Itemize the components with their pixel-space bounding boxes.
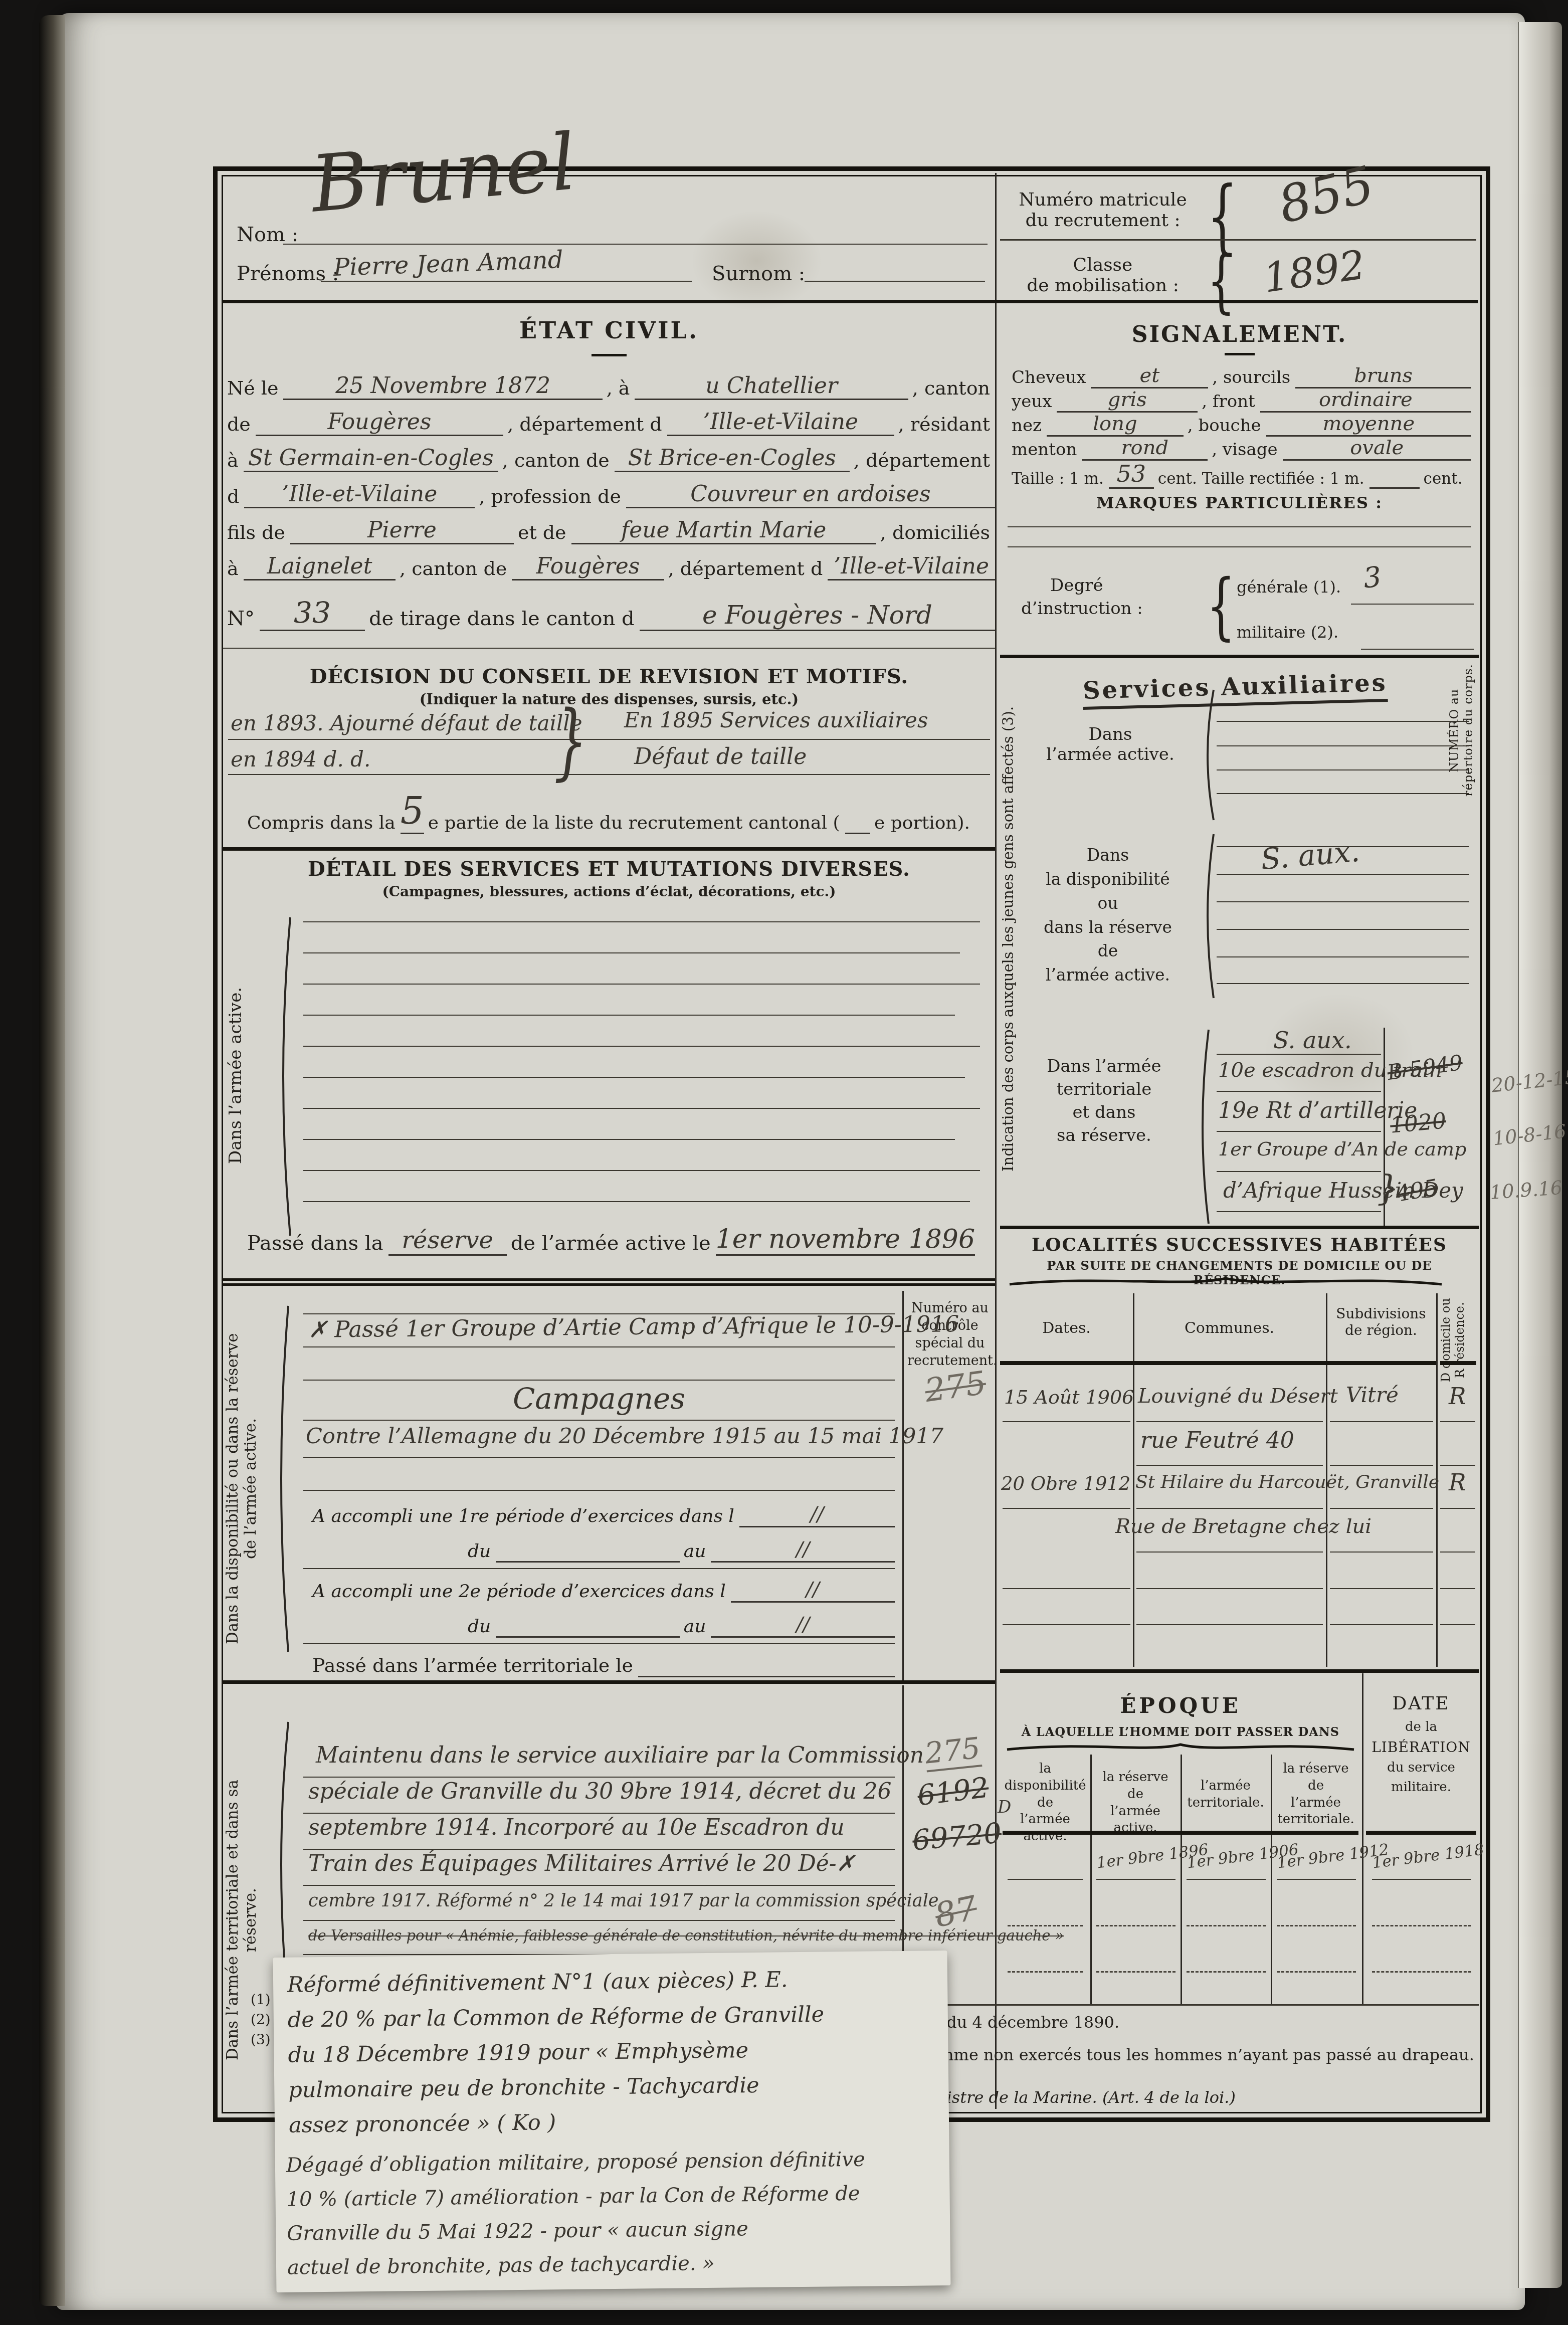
field-label: cent. Taille rectifiée : 1 m. [1154,470,1369,489]
field-label: à [223,449,244,472]
epoque-col4-line: l’armée [1273,1795,1358,1812]
field-label: , bouche [1184,416,1266,437]
territoriale-text-line: de Versailles pour « Anémie, faiblesse g… [308,1927,1064,1944]
brace-curve [1200,832,1218,1000]
territoriale-line: sa réserve. [1015,1124,1193,1147]
armee-active-line2: l’armée active. [1030,744,1191,764]
groupe-afrique-line: ✗ Passé 1er Groupe d’Artie Camp d’Afriqu… [308,1310,959,1342]
marques-label: MARQUES PARTICULIÈRES : [1000,493,1479,512]
heavy-rule [1000,1226,1479,1229]
note-line: Dégagé d’obligation militaire, proposé p… [286,2148,865,2177]
instruction-label1: Degré [1050,575,1103,596]
ruled-line [303,1380,895,1381]
ruled-line [303,1170,980,1171]
date-lib-line: de la [1366,1717,1476,1737]
front-value: ordinaire [1260,388,1471,413]
au-value: ∕∕ [711,1538,895,1563]
epoque-col1-line: l’armée active. [1003,1811,1088,1845]
ruled-line [303,1046,980,1047]
periode2-row: A accompli une 2e période d’exercices da… [308,1578,895,1603]
ruled-line [303,921,980,922]
epoque-col2-header: la réserve de l’armée active. [1093,1769,1178,1837]
domicile-dept-value: ’Ille-et-Vilaine [828,553,995,580]
left-column: ÉTAT CIVIL. Né le 25 Novembre 1872 , à u… [223,301,995,2113]
ruled-line [1217,983,1469,984]
ruled-line [1217,769,1469,770]
campagne-allemagne-line: Contre l’Allemagne du 20 Décembre 1915 a… [306,1424,943,1449]
localites-title: LOCALITÉS SUCCESSIVES HABITÉES [1000,1234,1479,1255]
departement-value: ’Ille-et-Vilaine [667,409,894,436]
field-label: du [464,1541,496,1563]
date-lib-line: LIBÉRATION [1366,1737,1476,1758]
dashed-line [1277,1925,1356,1926]
dashed-line [1187,1971,1266,1973]
ruled-line [303,1885,895,1886]
instruction-label2: d’instruction : [1021,599,1143,619]
note-line: pulmonaire peu de bronchite - Tachycardi… [288,2073,759,2103]
disponibilite-line: dans la réserve [1020,915,1196,939]
field-label: yeux [1008,392,1057,413]
signalement-row: nez long , bouche moyenne [1008,412,1471,437]
dashed-line [1372,1925,1471,1926]
compris-row: Compris dans la 5 e partie de la liste d… [243,790,975,834]
signalement-row: Cheveux et , sourcils bruns [1008,364,1471,389]
date-liberation-header: DATE de la LIBÉRATION du service militai… [1366,1690,1476,1797]
ruled-line [1217,929,1469,930]
matricule-label: Numéro matricule du recrutement : [1005,189,1201,231]
ruled-line [1003,1588,1130,1589]
civil-row-residence: à St Germain-en-Cogles , canton de St Br… [223,445,995,472]
decision-title: DÉCISION DU CONSEIL DE REVISION ET MOTIF… [223,665,995,688]
field-label: e partie de la liste du recrutement cant… [424,813,845,834]
ruled-line [1136,1588,1323,1589]
epoque-col4-line: de [1273,1778,1358,1795]
field-label: Cheveux [1008,367,1091,389]
ruled-line [1217,901,1469,902]
note-line: assez prononcée » ( Ko ) [289,2110,556,2138]
ruled-line [1217,1091,1381,1092]
note-line: du 18 Décembre 1919 pour « Emphysème [288,2038,748,2068]
field-label: A accompli une 1re période d’exercices d… [308,1506,739,1527]
epoque-col4-header: la réserve de l’armée territoriale. [1273,1761,1358,1828]
ruled-line [1136,1421,1323,1422]
armee-active-line1: Dans [1030,724,1191,744]
localite-commune: St Hilaire du Harcouët, Granville [1135,1472,1439,1492]
brace: } [554,700,587,783]
territoriale-text-line: Maintenu dans le service auxiliaire par … [316,1742,924,1768]
domicile-canton-value: Fougères [512,553,664,580]
ruled-line [1008,546,1471,547]
ruled-line [1440,1552,1475,1553]
field-label: fils de [223,521,290,544]
au-value: ∕∕ [711,1613,895,1638]
field-label: d [223,485,244,508]
epoque-title: ÉPOQUE [1000,1693,1361,1718]
signalement-title: SIGNALEMENT. [1000,322,1479,347]
matricule-label-line1: Numéro matricule [1005,189,1201,210]
ruled-line [1008,1879,1083,1880]
localite-dr: R [1449,1383,1466,1410]
du-value [496,1621,680,1638]
col-header-subdiv-line2: de région. [1326,1322,1436,1338]
yeux-value: gris [1057,388,1198,413]
services-subtitle: (Campagnes, blessures, actions d’éclat, … [223,883,995,900]
field-label: , visage [1208,440,1282,461]
dispo-affectation-value: S. aux. [1259,834,1361,877]
decision-subtitle: (Indiquer la nature des dispenses, sursi… [223,691,995,708]
dashed-line [1096,1925,1175,1926]
ruled-line [1330,1508,1433,1509]
heavy-rule [223,1283,995,1286]
margin-number: 6192 [916,1772,991,1813]
field-label: , domiciliés [876,521,995,544]
epoque-col3-header: l’armée territoriale. [1183,1778,1268,1812]
dashed-line [1277,1971,1356,1973]
ruled-line [321,281,692,282]
ruled-line [1217,1171,1381,1172]
epoque-col4-line: la réserve [1273,1761,1358,1778]
civil-row-profession: d ’Ille-et-Vilaine , profession de Couvr… [223,481,995,508]
field-label: , canton de [498,449,615,472]
heavy-rule [1366,1831,1476,1835]
sourcils-value: bruns [1295,364,1471,389]
territoriale-label: Dans l’armée territoriale et dans sa rés… [1015,1055,1193,1147]
signalement-row: yeux gris , front ordinaire [1008,388,1471,413]
field-label: , front [1198,392,1260,413]
ruled-line [1000,239,1476,241]
brace-curve [1200,688,1218,822]
numero-column-divider [902,1291,904,1680]
field-label: à [223,557,244,580]
note-line: 10 % (article 7) amélioration - par la C… [286,2182,860,2211]
liberation-date-value: 1er 9bre 1918 [1371,1840,1485,1872]
ruled-line [228,774,990,775]
col-header-communes: Communes. [1133,1319,1326,1337]
ruled-line [303,952,960,953]
field-label: au [680,1541,711,1563]
ruled-line [1330,1421,1433,1422]
field-label: du [464,1616,496,1638]
heavy-rule [1000,1361,1436,1365]
date-lib-line: militaire. [1366,1778,1476,1797]
ruled-line [1217,1211,1381,1212]
tirage-row: N° 33 de tirage dans le canton d e Fougè… [223,596,995,631]
ruled-line [303,1139,955,1140]
nez-value: long [1047,412,1184,437]
disponibilite-label: Dans la disponibilité ou dans la réserve… [1020,843,1196,987]
localite-subdiv: Vitré [1346,1383,1399,1407]
heavy-rule [1000,655,1479,658]
territoriale-line: Dans l’armée [1015,1055,1193,1078]
field-label: de l’armée active le [507,1232,716,1256]
corps-number: 1020 [1389,1108,1447,1138]
field-label: Passé dans l’armée territoriale le [308,1654,638,1677]
decision-1894: en 1894 d. d. [231,747,370,771]
field-label: Né le [223,377,283,400]
date-lib-line: DATE [1366,1690,1476,1717]
territoriale-date-row: Passé dans l’armée territoriale le [308,1654,895,1677]
table-divider [1362,1673,1363,2004]
ruled-line [303,1568,895,1569]
ruled-line [303,1457,895,1458]
brace-curve [271,1303,293,1654]
corps-number: B 5949 [1386,1050,1464,1085]
date-lib-line: du service [1366,1758,1476,1778]
ruled-line [1217,956,1469,957]
services-auxiliaires-stamp: Services Auxiliaires [1082,669,1388,710]
ruled-line [303,984,980,985]
ruled-line [1440,1421,1475,1422]
dashed-line [1096,1971,1175,1973]
ruled-line [1136,1465,1323,1466]
ruled-line [1330,1588,1433,1589]
classe-label-line1: Classe [1005,255,1201,275]
epoque-col1-line: disponibilité [1003,1778,1088,1795]
decision-1893: en 1893. Ajourné défaut de taille [231,711,582,735]
ruled-line [1003,1508,1130,1509]
terr-affectation-entry: S. aux. [1273,1027,1352,1054]
field-label: menton [1008,440,1082,461]
periode2-dates-row: du au ∕∕ [464,1613,895,1638]
mother-value: feue Martin Marie [571,517,876,544]
decision-1895: En 1895 Services auxiliaires [624,708,928,732]
field-label: , sourcils [1208,367,1295,389]
periode2-value: ∕∕ [731,1578,895,1603]
name-label: Nom : [237,223,298,246]
field-label: , profession de [475,485,626,508]
services-title: DÉTAIL DES SERVICES ET MUTATIONS DIVERSE… [223,857,995,881]
ruled-line [1330,1552,1433,1553]
table-divider [1271,1755,1272,2004]
epoque-subtitle: À LAQUELLE L’HOMME DOIT PASSER DANS [1000,1724,1361,1739]
firstnames-label: Prénoms : [237,262,339,285]
civil-row-domicile: à Laignelet , canton de Fougères , dépar… [223,553,995,580]
ruled-line [303,1643,895,1644]
residence-value: St Germain-en-Cogles [244,445,498,472]
epoque-col1-line: la [1003,1761,1088,1778]
col-header-dates: Dates. [1000,1319,1133,1337]
footnote-marker: (2) [251,2011,271,2028]
ruled-line [303,1015,955,1016]
ruled-line [303,1920,895,1921]
ruled-line [1330,1624,1433,1625]
ruled-line [303,1777,895,1778]
periode1-row: A accompli une 1re période d’exercices d… [308,1503,895,1527]
ruled-line [303,1346,895,1347]
du-value [496,1546,680,1563]
classe-label: Classe de mobilisation : [1005,255,1201,296]
etat-civil-title: ÉTAT CIVIL. [223,317,995,344]
ruled-line [1361,649,1474,650]
territoriale-line: et dans [1015,1101,1193,1124]
field-label: , résidant [894,413,995,436]
field-label: , département d [664,557,828,580]
field-label: , département [850,449,995,472]
dashed-line [1372,1971,1471,1973]
instruction-generale-value: 3 [1362,560,1383,595]
visage-value: ovale [1283,436,1471,461]
title-dash [1225,353,1255,355]
field-label: cent. [1420,470,1468,489]
brace-curve [1195,1028,1213,1226]
epoque-col1-line: de [1003,1795,1088,1812]
ruled-line [1277,1879,1356,1880]
ruled-line [1136,1552,1323,1553]
side-label-armee-active: Dans l’armée active. [226,967,248,1183]
profession-value: Couvreur en ardoises [626,481,995,508]
brace: { [1207,570,1235,643]
portion-value [845,818,870,834]
field-label: Taille : 1 m. [1008,470,1109,489]
localite-date: 20 Obre 1912 [1001,1473,1130,1494]
decorative-brace [1005,1740,1356,1753]
field-label: et de [514,521,571,544]
ruled-line [303,1077,965,1078]
table-divider [1133,1293,1134,1667]
col-header-domicile-residence: D domicile ou R résidence. [1439,1296,1476,1384]
ruled-line [1330,1465,1433,1466]
footnote-marker: (3) [251,2031,271,2048]
localite-commune-street: rue Feutré 40 [1140,1428,1294,1453]
note-line: actuel de bronchite, pas de tachycardie.… [287,2252,715,2279]
ruled-line [303,1420,895,1421]
ruled-line [1008,526,1471,527]
field-label: , canton de [396,557,512,580]
father-value: Pierre [290,517,514,544]
heavy-rule [223,1680,995,1684]
signalement-row: menton rond , visage ovale [1008,436,1471,461]
heavy-rule [223,847,995,851]
next-page-edge [1518,22,1562,2288]
heavy-rule [1003,1831,1358,1835]
liste-partie-value: 5 [401,790,424,834]
territoriale-text-line: septembre 1914. Incorporé au 10e Escadro… [308,1815,845,1840]
col-header-subdiv-line1: Subdivisions [1326,1305,1436,1322]
terr-affectation-entry: 1er Groupe d’An de camp [1218,1138,1466,1160]
ruled-line [1003,1421,1130,1422]
table-divider [1181,1755,1182,2004]
ruled-line [1217,874,1469,875]
domicile-value: Laignelet [244,553,396,580]
heavy-rule [1000,1669,1479,1673]
epoque-col3-line: l’armée [1183,1778,1268,1795]
field-label: de [223,413,256,436]
ruled-line [910,2004,1479,2006]
ruled-line [1351,604,1474,605]
civil-row-parents: fils de Pierre et de feue Martin Marie ,… [223,517,995,544]
heavy-rule [1440,1361,1476,1365]
field-label: , canton [908,377,995,400]
dashed-line [1187,1925,1266,1926]
ruled-line [303,1849,895,1850]
decision-defaut: Défaut de taille [634,744,807,769]
birthplace-value: u Chatellier [635,373,908,400]
field-label: , à [603,377,635,400]
localite-commune: Louvigné du Désert [1138,1385,1338,1408]
classe-label-line2: de mobilisation : [1005,275,1201,296]
campagnes-title: Campagnes [303,1382,895,1416]
ruled-line [805,281,985,282]
ruled-line [1440,1624,1475,1625]
periode1-value: ∕∕ [739,1503,895,1527]
book-spine [39,15,65,2306]
epoque-col3-line: territoriale. [1183,1795,1268,1812]
territoriale-line: territoriale [1015,1078,1193,1101]
margin-number: 69720 [911,1817,1003,1857]
ruled-line [303,1201,970,1202]
civil-row-birth: Né le 25 Novembre 1872 , à u Chatellier … [223,373,995,400]
civil-row-canton: de Fougères , département d ’Ille-et-Vil… [223,409,995,436]
ruled-line [1372,1879,1471,1880]
bouche-value: moyenne [1266,412,1471,437]
field-label: A accompli une 2e période d’exercices da… [308,1581,731,1603]
ruled-line [303,1813,895,1814]
heavy-rule [223,1278,995,1281]
disponibilite-line: l’armée active. [1020,963,1196,987]
field-label: Passé dans la [243,1232,388,1256]
decorative-brace [1008,1274,1444,1287]
territoriale-text-line: cembre 1917. Réformé n° 2 le 14 mai 1917… [308,1891,939,1911]
canton-value: Fougères [256,409,503,436]
menton-value: rond [1082,436,1208,461]
brace-curve [273,915,295,1238]
ruled-line [1217,793,1469,794]
ruled-line [223,648,995,649]
reserve-row: Passé dans la réserve de l’armée active … [243,1224,975,1256]
ruled-line [1217,1131,1381,1132]
ruled-line [1003,1624,1130,1625]
disponibilite-line: ou [1020,891,1196,915]
field-label: N° [223,607,260,631]
field-label: , département d [503,413,667,436]
right-column: SIGNALEMENT. Cheveux et , sourcils bruns… [1000,301,1479,2113]
epoque-col2-line: la réserve [1093,1769,1178,1786]
scanned-military-register-page: { "colors": { "paper": "#d7d6cf", "note_… [0,0,1568,2325]
table-divider [1090,1755,1092,2004]
footnote-text: Ministre de la Marine. (Art. 4 de la loi… [915,2088,1236,2107]
reserve-date-value: 1er novembre 1896 [716,1224,975,1256]
residence-dept-value: ’Ille-et-Vilaine [244,481,475,508]
ruled-line [1096,1879,1175,1880]
armee-active-label: Dans l’armée active. [1030,724,1191,764]
note-line: Réformé définitivement N°1 (aux pièces) … [287,1967,788,1997]
note-line: Granville du 5 Mai 1922 - pour « aucun s… [287,2217,748,2245]
ruled-line [1440,1465,1475,1466]
field-label: nez [1008,416,1047,437]
dashed-line [1008,1925,1083,1926]
field-label: au [680,1616,711,1638]
pasted-note: Réformé définitivement N°1 (aux pièces) … [273,1951,951,2292]
taille-value: 53 [1109,460,1154,489]
territoriale-text-line: spéciale de Granville du 30 9bre 1914, d… [308,1779,892,1804]
disponibilite-line: de [1020,939,1196,963]
field-label: e portion). [870,813,975,834]
instruction-militaire-label: militaire (2). [1237,623,1338,642]
birthdate-value: 25 Novembre 1872 [283,373,602,400]
footnote-text: comme non exercés tous les hommes n’ayan… [920,2045,1474,2064]
reserve-value: réserve [388,1226,507,1256]
ruled-line [303,1108,980,1109]
ruled-line [228,739,990,740]
epoque-col2-line: de [1093,1786,1178,1803]
ruled-line [1136,1624,1323,1625]
col-header-subdiv: Subdivisions de région. [1326,1305,1436,1338]
instruction-generale-label: générale (1). [1237,577,1341,597]
localite-commune-street: Rue de Bretagne chez lui [1115,1515,1371,1538]
cheveux-value: et [1091,364,1208,389]
territoriale-text-line: Train des Équipages Militaires Arrivé le… [308,1851,855,1876]
localite-dr: R [1449,1469,1466,1496]
